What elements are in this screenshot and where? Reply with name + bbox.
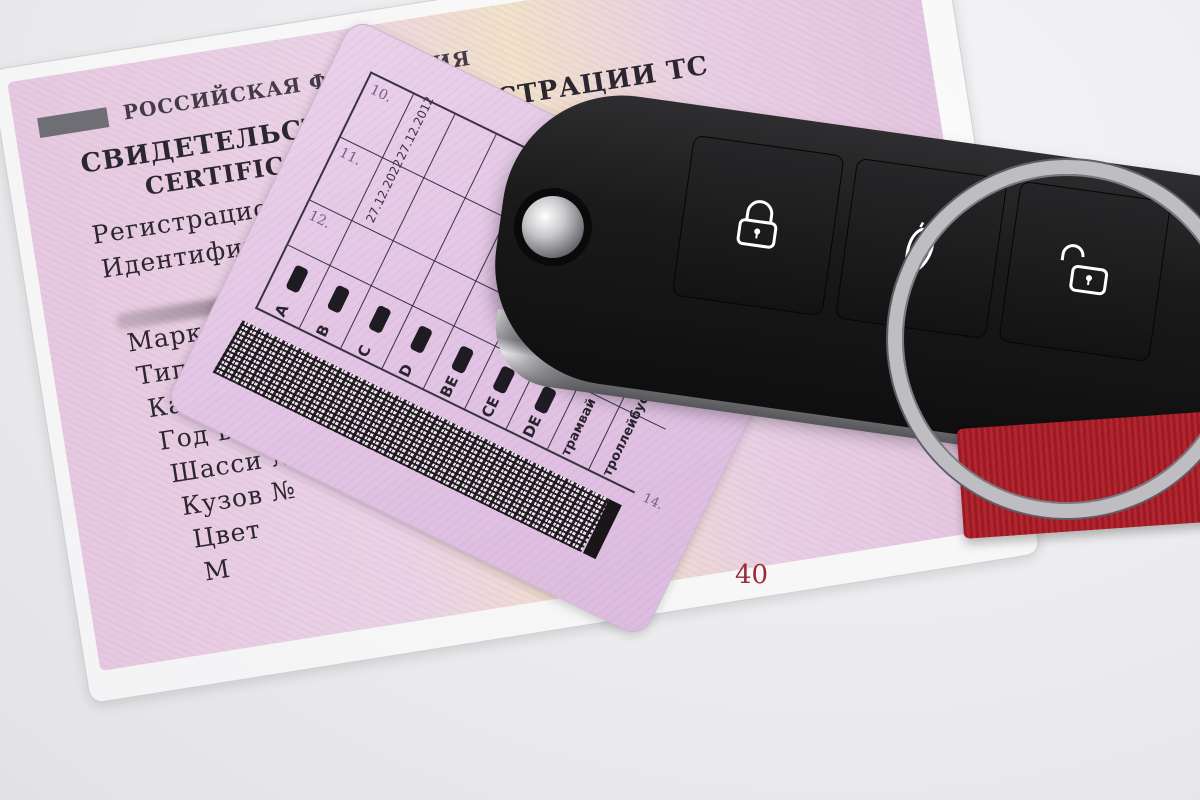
lock-icon [724,192,792,260]
certificate-field: Цвет [191,514,263,553]
license-category: A [271,301,292,319]
bus-icon [409,325,433,355]
flag-stripe [37,107,109,138]
truck-icon [368,305,392,335]
license-issue-date: 27.12.2012 [394,94,437,162]
certificate-field: М [202,554,233,587]
license-field-number: 11. [337,145,364,169]
license-field-number: 14. [640,491,665,514]
license-category: BE [436,373,462,400]
license-field-number: 10. [367,82,394,106]
license-category: C [354,342,375,360]
certificate-partial-number: 40 [735,560,768,590]
photo-scene: РОССИЙСКАЯ ФЕДЕРАЦИЯ СВИДЕТЕЛЬСТВО О РЕГ… [0,0,1200,800]
license-field-number: 12. [306,208,333,232]
license-expiry-date: 27.12.2022 [363,157,406,225]
key-release-button[interactable] [518,192,588,262]
car-trailer-icon [451,345,475,375]
license-category: D [395,361,417,380]
license-category: B [312,322,333,340]
motorcycle-icon [285,264,309,294]
lock-button[interactable] [672,135,845,317]
car-icon [327,284,351,314]
